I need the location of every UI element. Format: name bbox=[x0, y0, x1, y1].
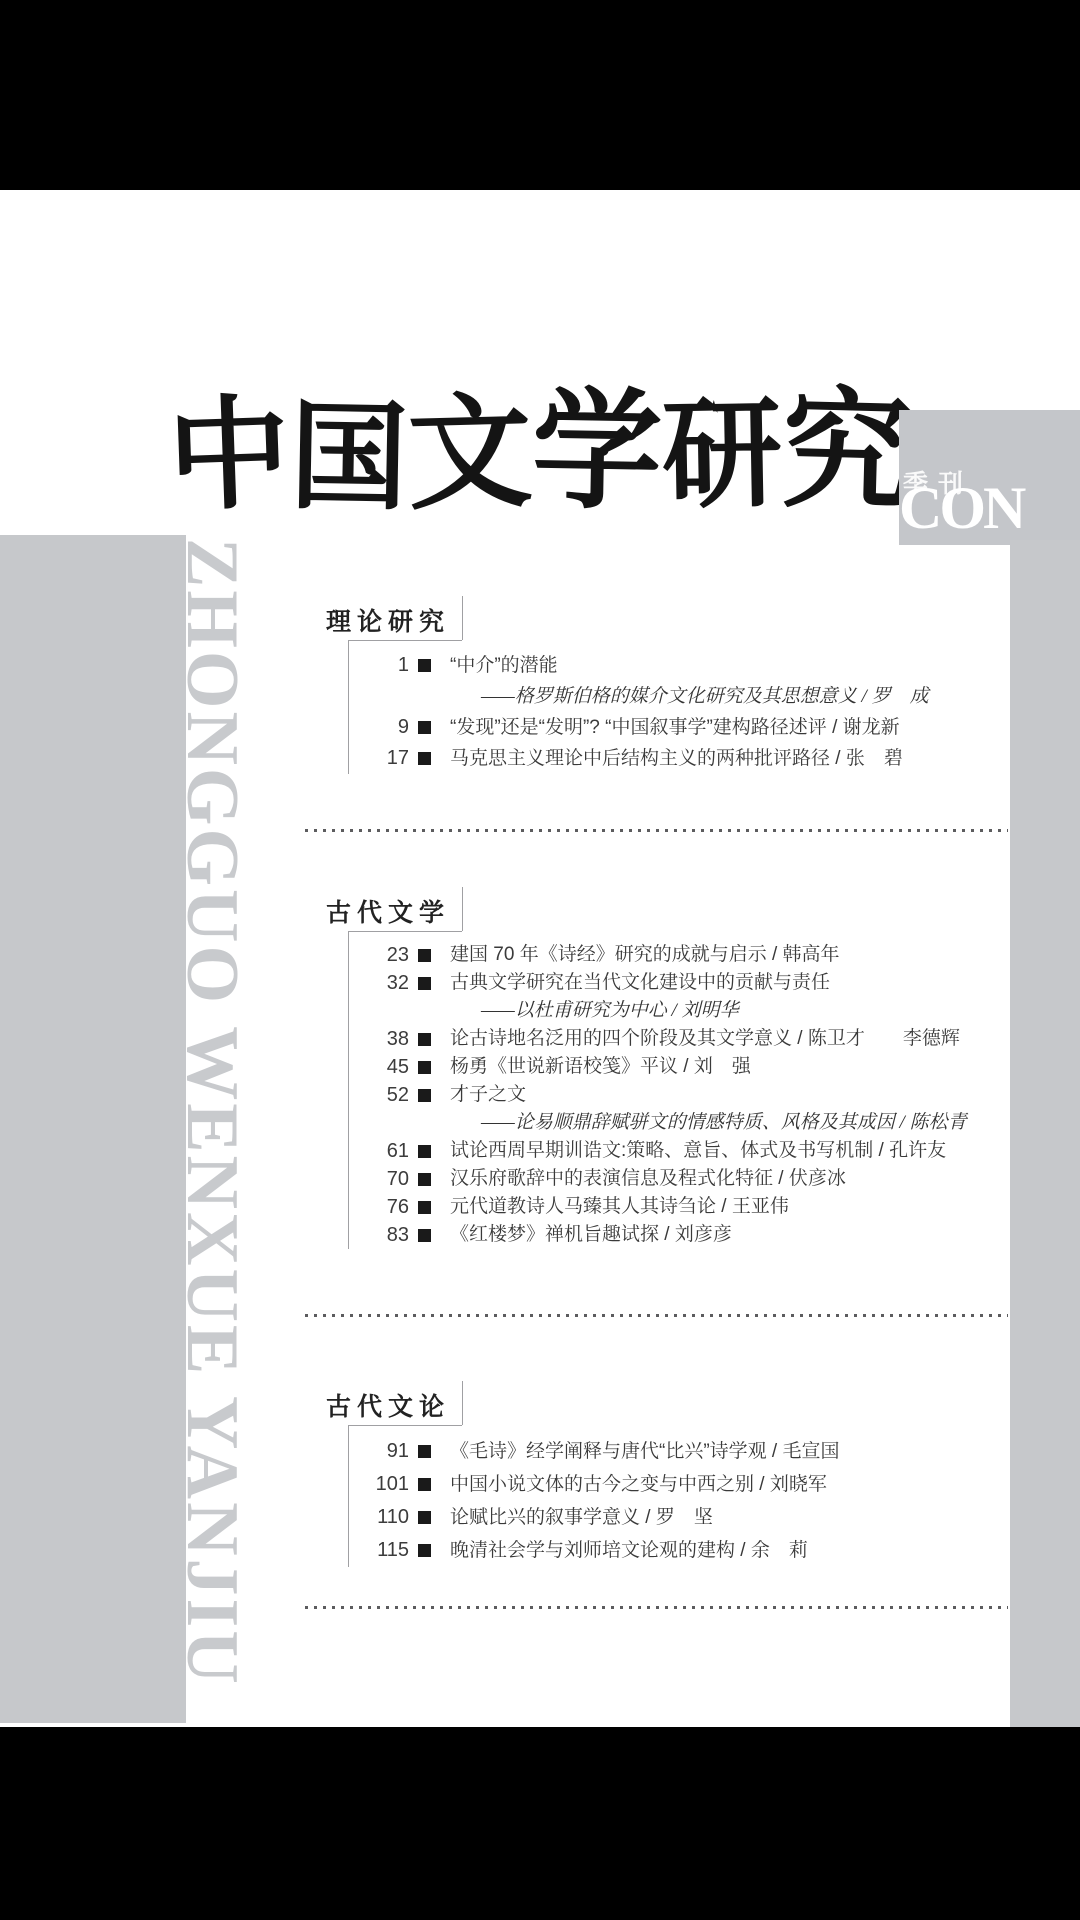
bottom-letterbox-bar bbox=[0, 1727, 1080, 1920]
heading-bracket-vertical-line bbox=[462, 1381, 463, 1425]
toc-entry-row: 17马克思主义理论中后结构主义的两种批评路径 / 张 碧 bbox=[349, 743, 929, 774]
entry-page-number: 76 bbox=[349, 1193, 409, 1221]
toc-entry-row: 9“发现”还是“发明”? “中国叙事学”建构路径述评 / 谢龙新 bbox=[349, 712, 929, 743]
toc-entry-row: 70汉乐府歌辞中的表演信息及程式化特征 / 伏彦冰 bbox=[349, 1165, 967, 1193]
entry-square-bullet bbox=[418, 1089, 431, 1102]
title-character: 中 bbox=[166, 392, 292, 518]
entry-title: 论古诗地名泛用的四个阶段及其文学意义 / 陈卫才 李德辉 bbox=[450, 1025, 960, 1053]
entry-title: 《红楼梦》禅机旨趣试探 / 刘彦彦 bbox=[450, 1221, 732, 1249]
toc-entry-row: 38论古诗地名泛用的四个阶段及其文学意义 / 陈卫才 李德辉 bbox=[349, 1025, 967, 1053]
entry-square-bullet bbox=[418, 721, 431, 734]
entry-title: 杨勇《世说新语校笺》平议 / 刘 强 bbox=[450, 1053, 751, 1081]
entry-subtitle: ——格罗斯伯格的媒介文化研究及其思想意义 / 罗 成 bbox=[481, 681, 929, 712]
entry-page-number: 23 bbox=[349, 941, 409, 969]
left-gray-strip bbox=[0, 535, 186, 1723]
dotted-separator-1 bbox=[305, 829, 1008, 832]
entry-title: 马克思主义理论中后结构主义的两种批评路径 / 张 碧 bbox=[450, 743, 903, 774]
entry-title: “发现”还是“发明”? “中国叙事学”建构路径述评 / 谢龙新 bbox=[450, 712, 900, 743]
entry-title: 试论西周早期训诰文:策略、意旨、体式及书写机制 / 孔许友 bbox=[450, 1137, 946, 1165]
entry-page-number: 38 bbox=[349, 1025, 409, 1053]
entry-title: 建国 70 年《诗经》研究的成就与启示 / 韩高年 bbox=[450, 941, 840, 969]
entry-page-number: 91 bbox=[349, 1435, 409, 1468]
toc-subentry-row: ——论易顺鼎辞赋骈文的情感特质、风格及其成因 / 陈松青 bbox=[349, 1109, 967, 1137]
entry-square-bullet bbox=[418, 1061, 431, 1074]
entry-square-bullet bbox=[418, 1445, 431, 1458]
entry-page-number: 83 bbox=[349, 1221, 409, 1249]
entry-square-bullet bbox=[418, 949, 431, 962]
entry-title: 元代道教诗人马臻其人其诗刍论 / 王亚伟 bbox=[450, 1193, 789, 1221]
entry-title: 汉乐府歌辞中的表演信息及程式化特征 / 伏彦冰 bbox=[450, 1165, 846, 1193]
toc-entry-row: 76元代道教诗人马臻其人其诗刍论 / 王亚伟 bbox=[349, 1193, 967, 1221]
entry-title: 才子之文 bbox=[450, 1081, 526, 1109]
toc-entry-row: 32古典文学研究在当代文化建设中的贡献与责任 bbox=[349, 969, 967, 997]
entry-page-number: 45 bbox=[349, 1053, 409, 1081]
entry-title: 晚清社会学与刘师培文论观的建构 / 余 莉 bbox=[450, 1534, 808, 1567]
entry-square-bullet bbox=[418, 1544, 431, 1557]
entry-square-bullet bbox=[418, 1511, 431, 1524]
title-character: 学 bbox=[531, 385, 663, 517]
entry-page-number: 32 bbox=[349, 969, 409, 997]
entry-title: 古典文学研究在当代文化建设中的贡献与责任 bbox=[450, 969, 830, 997]
toc-entry-row: 91《毛诗》经学阐释与唐代“比兴”诗学观 / 毛宣国 bbox=[349, 1435, 840, 1468]
section-entry-list: 1“中介”的潜能——格罗斯伯格的媒介文化研究及其思想意义 / 罗 成9“发现”还… bbox=[348, 640, 929, 774]
title-character: 国 bbox=[289, 397, 409, 517]
entry-square-bullet bbox=[418, 1033, 431, 1046]
entry-page-number: 101 bbox=[349, 1468, 409, 1501]
top-letterbox-bar bbox=[0, 0, 1080, 192]
contents-corner-block: 季刊 CON bbox=[899, 410, 1080, 545]
entry-subtitle: ——论易顺鼎辞赋骈文的情感特质、风格及其成因 / 陈松青 bbox=[481, 1109, 967, 1137]
entry-subtitle: ——以杜甫研究为中心 / 刘明华 bbox=[481, 997, 739, 1025]
right-gray-strip bbox=[1010, 540, 1080, 1727]
entry-square-bullet bbox=[418, 1229, 431, 1242]
entry-page-number: 17 bbox=[349, 743, 409, 774]
toc-entry-row: 101中国小说文体的古今之变与中西之别 / 刘晓军 bbox=[349, 1468, 840, 1501]
title-character: 文 bbox=[406, 390, 533, 517]
entry-square-bullet bbox=[418, 1173, 431, 1186]
entry-square-bullet bbox=[418, 659, 431, 672]
entry-page-number: 110 bbox=[349, 1501, 409, 1534]
heading-bracket-vertical-line bbox=[462, 887, 463, 931]
journal-title-calligraphy: 中国文学研究 bbox=[168, 386, 884, 516]
entry-square-bullet bbox=[418, 977, 431, 990]
entry-square-bullet bbox=[418, 1478, 431, 1491]
heading-bracket-vertical-line bbox=[462, 596, 463, 640]
title-character: 究 bbox=[780, 384, 913, 517]
title-character: 研 bbox=[661, 395, 783, 517]
entry-title: 中国小说文体的古今之变与中西之别 / 刘晓军 bbox=[450, 1468, 827, 1501]
entry-square-bullet bbox=[418, 1201, 431, 1214]
contents-partial-label: CON bbox=[899, 476, 1023, 540]
toc-entry-row: 1“中介”的潜能 bbox=[349, 650, 929, 681]
journal-watermark-pinyin: ZHONGGUO WENXUE YANJIU bbox=[184, 538, 240, 1687]
toc-entry-row: 110论赋比兴的叙事学意义 / 罗 坚 bbox=[349, 1501, 840, 1534]
entry-page-number: 1 bbox=[349, 650, 409, 681]
section-entry-list: 91《毛诗》经学阐释与唐代“比兴”诗学观 / 毛宣国101中国小说文体的古今之变… bbox=[348, 1425, 840, 1567]
toc-entry-row: 61试论西周早期训诰文:策略、意旨、体式及书写机制 / 孔许友 bbox=[349, 1137, 967, 1165]
section-entry-list: 23建国 70 年《诗经》研究的成就与启示 / 韩高年32古典文学研究在当代文化… bbox=[348, 931, 967, 1249]
toc-subentry-row: ——以杜甫研究为中心 / 刘明华 bbox=[349, 997, 967, 1025]
entry-square-bullet bbox=[418, 1145, 431, 1158]
section-heading: 古代文学 bbox=[326, 893, 450, 929]
toc-entry-row: 52才子之文 bbox=[349, 1081, 967, 1109]
dotted-separator-3 bbox=[305, 1606, 1008, 1609]
entry-page-number: 52 bbox=[349, 1081, 409, 1109]
entry-page-number: 115 bbox=[349, 1534, 409, 1567]
toc-entry-row: 45杨勇《世说新语校笺》平议 / 刘 强 bbox=[349, 1053, 967, 1081]
entry-square-bullet bbox=[418, 752, 431, 765]
entry-title: 论赋比兴的叙事学意义 / 罗 坚 bbox=[450, 1501, 713, 1534]
section-heading: 理论研究 bbox=[326, 602, 450, 638]
entry-page-number: 9 bbox=[349, 712, 409, 743]
toc-entry-row: 83《红楼梦》禅机旨趣试探 / 刘彦彦 bbox=[349, 1221, 967, 1249]
entry-page-number: 70 bbox=[349, 1165, 409, 1193]
entry-page-number: 61 bbox=[349, 1137, 409, 1165]
toc-entry-row: 23建国 70 年《诗经》研究的成就与启示 / 韩高年 bbox=[349, 941, 967, 969]
entry-title: 《毛诗》经学阐释与唐代“比兴”诗学观 / 毛宣国 bbox=[450, 1435, 840, 1468]
entry-title: “中介”的潜能 bbox=[450, 650, 558, 681]
toc-entry-row: 115晚清社会学与刘师培文论观的建构 / 余 莉 bbox=[349, 1534, 840, 1567]
section-heading: 古代文论 bbox=[326, 1387, 450, 1423]
toc-subentry-row: ——格罗斯伯格的媒介文化研究及其思想意义 / 罗 成 bbox=[349, 681, 929, 712]
dotted-separator-2 bbox=[305, 1314, 1008, 1317]
